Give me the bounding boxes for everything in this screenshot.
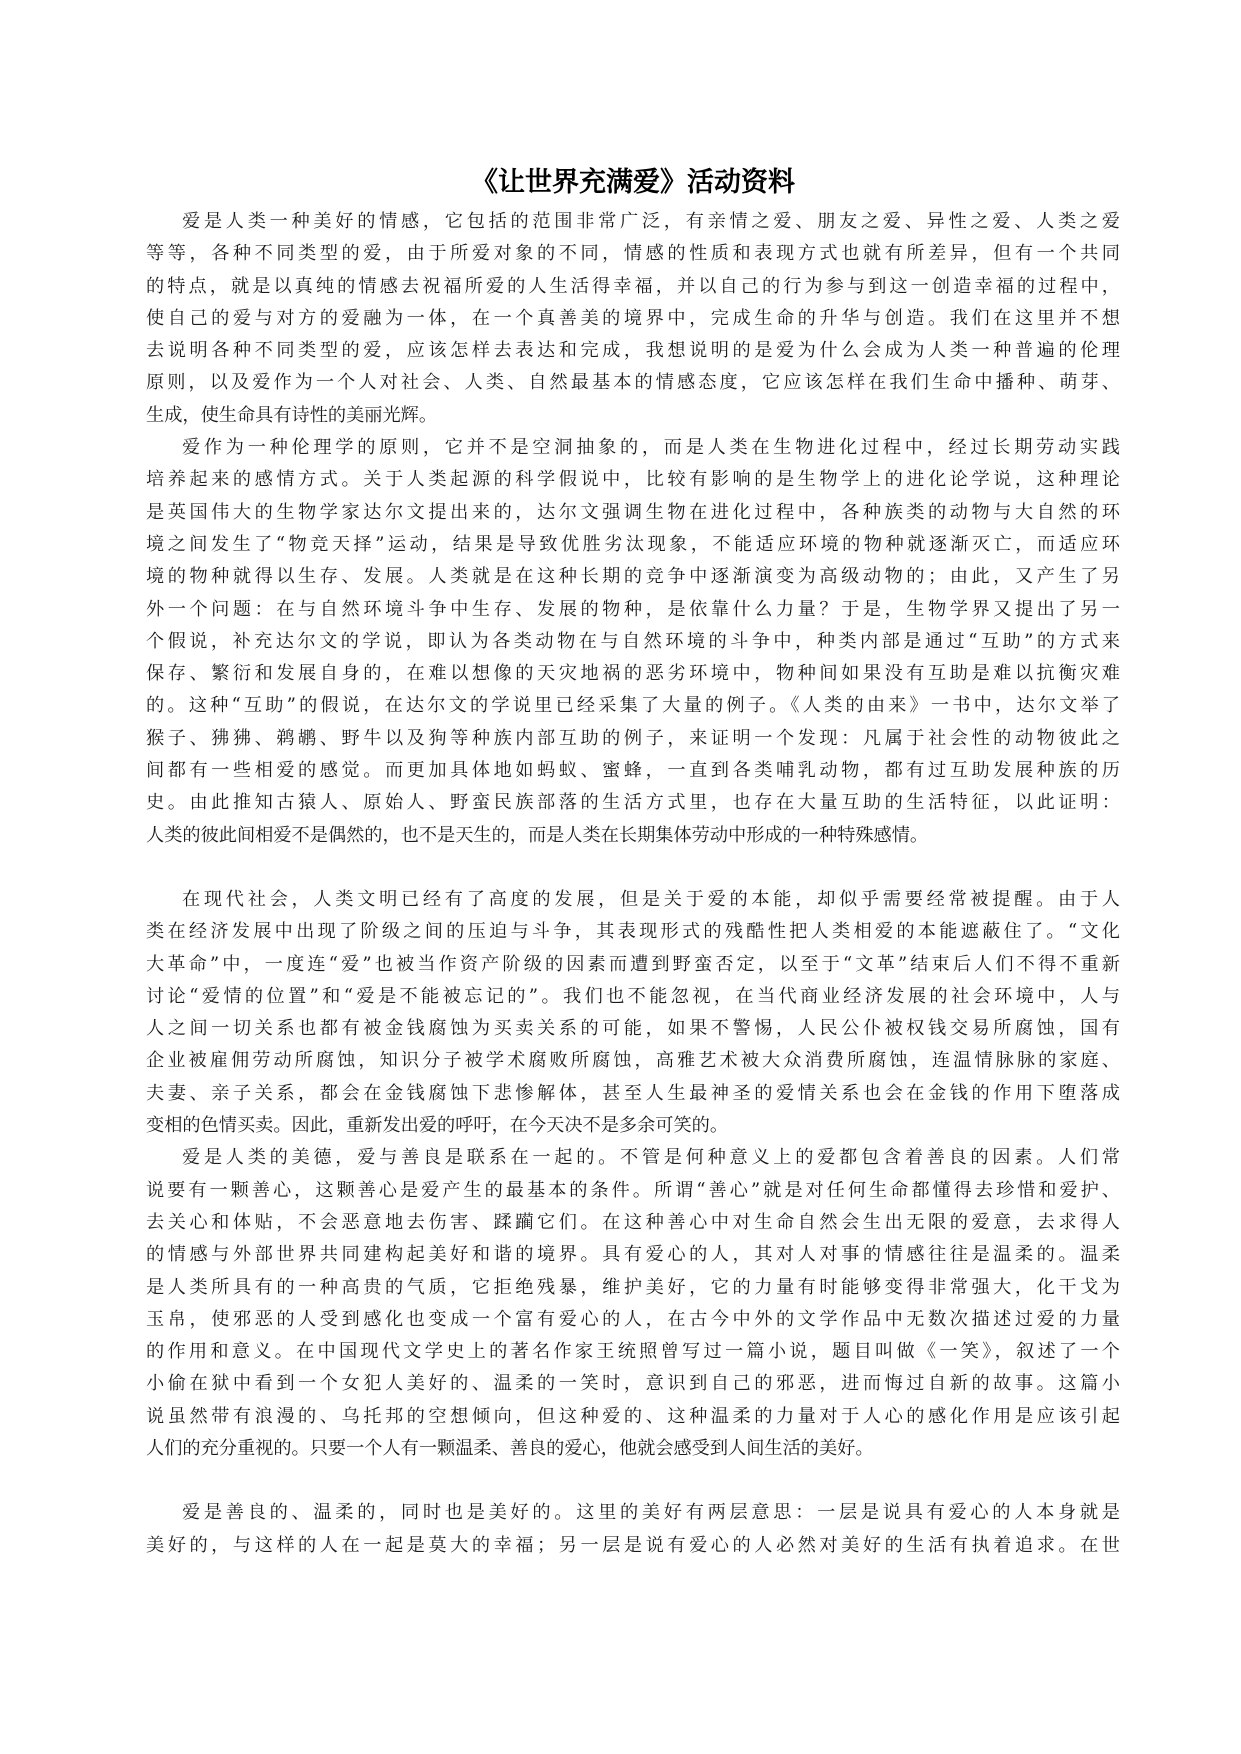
- text-line: 爱是人类的美德，爱与善良是联系在一起的。不管是何种意义上的爱都包含着善良的因素。…: [146, 1142, 1120, 1174]
- text-line: 类在经济发展中出现了阶级之间的压迫与斗争，其表现形式的残酷性把人类相爱的本能遮蔽…: [146, 916, 1120, 948]
- text-line: 去关心和体贴，不会恶意地去伤害、蹂躏它们。在这种善心中对生命自然会生出无限的爱意…: [146, 1207, 1120, 1239]
- text-line: 境之间发生了“物竞天择”运动，结果是导致优胜劣汰现象，不能适应环境的物种就逐渐灭…: [146, 529, 1120, 561]
- text-line: 是人类所具有的一种高贵的气质，它拒绝残暴，维护美好，它的力量有时能够变得非常强大…: [146, 1272, 1120, 1304]
- text-line: 的情感与外部世界共同建构起美好和谐的境界。具有爱心的人，其对人对事的情感往往是温…: [146, 1239, 1120, 1271]
- paragraph-spacer: [146, 852, 1120, 884]
- text-line: 的。这种“互助”的假说，在达尔文的学说里已经采集了大量的例子。《人类的由来》一书…: [146, 690, 1120, 722]
- text-line: 小偷在狱中看到一个女犯人美好的、温柔的一笑时，意识到自己的邪恶，进而悔过自新的故…: [146, 1368, 1120, 1400]
- text-line: 境的物种就得以生存、发展。人类就是在这种长期的竞争中逐渐演变为高级动物的；由此，…: [146, 561, 1120, 593]
- text-line: 的特点，就是以真纯的情感去祝福所爱的人生活得幸福，并以自己的行为参与到这一创造幸…: [146, 271, 1120, 303]
- text-line: 讨论“爱情的位置”和“爱是不能被忘记的”。我们也不能忽视，在当代商业经济发展的社…: [146, 981, 1120, 1013]
- text-line: 是英国伟大的生物学家达尔文提出来的，达尔文强调生物在进化过程中，各种族类的动物与…: [146, 497, 1120, 529]
- text-line: 爱是善良的、温柔的，同时也是美好的。这里的美好有两层意思：一层是说具有爱心的人本…: [146, 1497, 1120, 1529]
- text-line: 保存、繁衍和发展自身的，在难以想像的天灾地祸的恶劣环境中，物种间如果没有互助是难…: [146, 658, 1120, 690]
- text-line: 大革命”中，一度连“爱”也被当作资产阶级的因素而遭到野蛮否定，以至于“文革”结束…: [146, 949, 1120, 981]
- paragraph-3: 在现代社会，人类文明已经有了高度的发展，但是关于爱的本能，却似乎需要经常被提醒。…: [146, 884, 1120, 1142]
- text-line: 生成，使生命具有诗性的美丽光辉。: [146, 400, 1120, 432]
- text-line: 去说明各种不同类型的爱，应该怎样去表达和完成，我想说明的是爱为什么会成为人类一种…: [146, 335, 1120, 367]
- paragraph-2: 爱作为一种伦理学的原则，它并不是空洞抽象的，而是人类在生物进化过程中，经过长期劳…: [146, 432, 1120, 852]
- text-line: 企业被雇佣劳动所腐蚀，知识分子被学术腐败所腐蚀，高雅艺术被大众消费所腐蚀，连温情…: [146, 1045, 1120, 1077]
- document-title: 《让世界充满爱》活动资料: [146, 160, 1120, 206]
- paragraph-5: 爱是善良的、温柔的，同时也是美好的。这里的美好有两层意思：一层是说具有爱心的人本…: [146, 1497, 1120, 1562]
- text-line: 变相的色情买卖。因此，重新发出爱的呼吁，在今天决不是多余可笑的。: [146, 1110, 1120, 1142]
- text-line: 原则，以及爱作为一个人对社会、人类、自然最基本的情感态度，它应该怎样在我们生命中…: [146, 367, 1120, 399]
- text-line: 的作用和意义。在中国现代文学史上的著名作家王统照曾写过一篇小说，题目叫做《一笑》…: [146, 1336, 1120, 1368]
- text-line: 爱是人类一种美好的情感，它包括的范围非常广泛，有亲情之爱、朋友之爱、异性之爱、人…: [146, 206, 1120, 238]
- text-line: 人们的充分重视的。只要一个人有一颗温柔、善良的爱心，他就会感受到人间生活的美好。: [146, 1433, 1120, 1465]
- text-line: 使自己的爱与对方的爱融为一体，在一个真善美的境界中，完成生命的升华与创造。我们在…: [146, 303, 1120, 335]
- text-line: 人类的彼此间相爱不是偶然的，也不是天生的，而是人类在长期集体劳动中形成的一种特殊…: [146, 820, 1120, 852]
- text-line: 美好的，与这样的人在一起是莫大的幸福；另一层是说有爱心的人必然对美好的生活有执着…: [146, 1530, 1120, 1562]
- text-line: 说要有一颗善心，这颗善心是爱产生的最基本的条件。所谓“善心”就是对任何生命都懂得…: [146, 1175, 1120, 1207]
- text-line: 培养起来的感情方式。关于人类起源的科学假说中，比较有影响的是生物学上的进化论学说…: [146, 464, 1120, 496]
- paragraph-4: 爱是人类的美德，爱与善良是联系在一起的。不管是何种意义上的爱都包含着善良的因素。…: [146, 1142, 1120, 1465]
- text-line: 猴子、狒狒、鹈鹕、野牛以及狗等种族内部互助的例子，来证明一个发现：凡属于社会性的…: [146, 723, 1120, 755]
- text-line: 在现代社会，人类文明已经有了高度的发展，但是关于爱的本能，却似乎需要经常被提醒。…: [146, 884, 1120, 916]
- text-line: 人之间一切关系也都有被金钱腐蚀为买卖关系的可能，如果不警惕，人民公仆被权钱交易所…: [146, 1013, 1120, 1045]
- text-line: 玉帛，使邪恶的人受到感化也变成一个富有爱心的人，在古今中外的文学作品中无数次描述…: [146, 1304, 1120, 1336]
- document-page: 《让世界充满爱》活动资料 爱是人类一种美好的情感，它包括的范围非常广泛，有亲情之…: [146, 160, 1120, 1562]
- paragraph-spacer: [146, 1465, 1120, 1497]
- text-line: 外一个问题：在与自然环境斗争中生存、发展的物种，是依靠什么力量？于是，生物学界又…: [146, 594, 1120, 626]
- text-line: 间都有一些相爱的感觉。而更加具体地如蚂蚁、蜜蜂，一直到各类哺乳动物，都有过互助发…: [146, 755, 1120, 787]
- text-line: 说虽然带有浪漫的、乌托邦的空想倾向，但这种爱的、这种温柔的力量对于人心的感化作用…: [146, 1401, 1120, 1433]
- text-line: 爱作为一种伦理学的原则，它并不是空洞抽象的，而是人类在生物进化过程中，经过长期劳…: [146, 432, 1120, 464]
- text-line: 等等，各种不同类型的爱，由于所爱对象的不同，情感的性质和表现方式也就有所差异，但…: [146, 238, 1120, 270]
- text-line: 夫妻、亲子关系，都会在金钱腐蚀下悲惨解体，甚至人生最神圣的爱情关系也会在金钱的作…: [146, 1078, 1120, 1110]
- text-line: 个假说，补充达尔文的学说，即认为各类动物在与自然环境的斗争中，种类内部是通过“互…: [146, 626, 1120, 658]
- text-line: 史。由此推知古猿人、原始人、野蛮民族部落的生活方式里，也存在大量互助的生活特征，…: [146, 787, 1120, 819]
- paragraph-1: 爱是人类一种美好的情感，它包括的范围非常广泛，有亲情之爱、朋友之爱、异性之爱、人…: [146, 206, 1120, 432]
